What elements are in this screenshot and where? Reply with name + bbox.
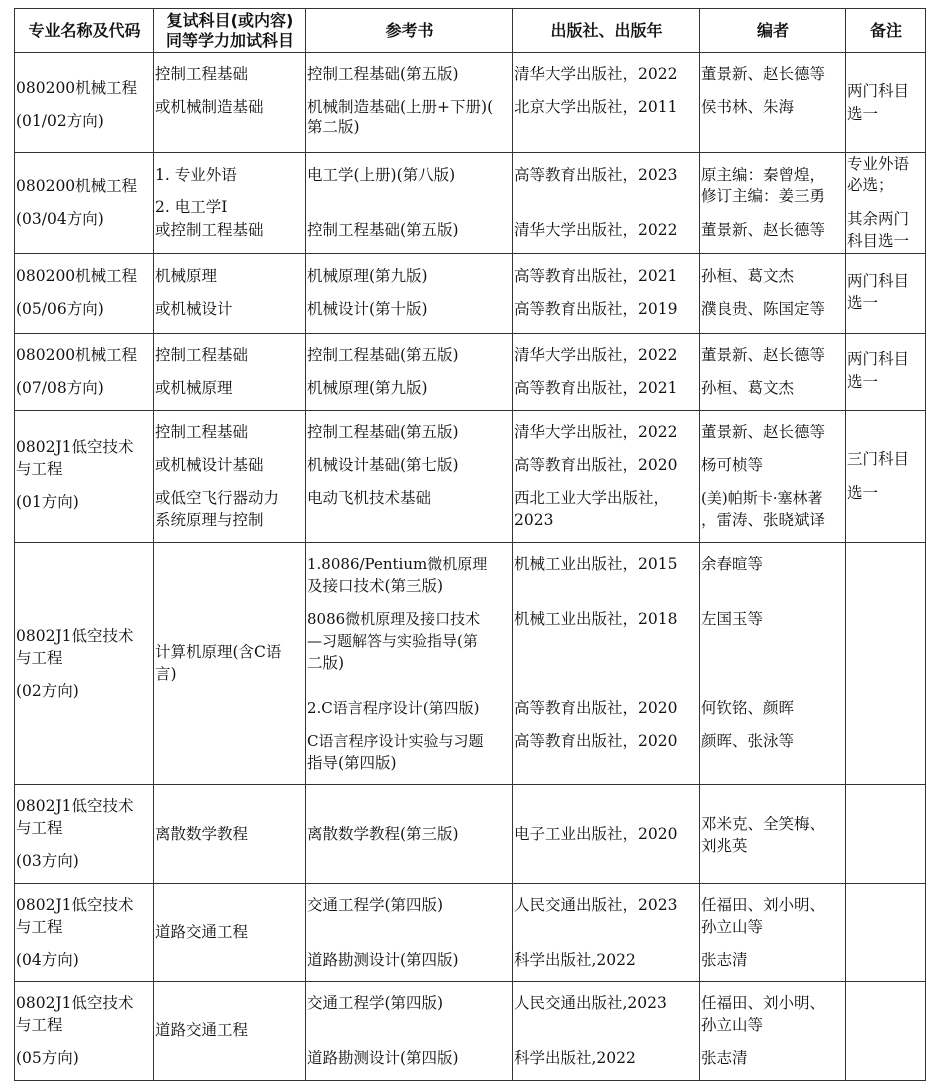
author: 任福田、刘小明、	[701, 894, 845, 916]
book: —习题解答与实验指导(第	[307, 630, 512, 652]
major-name: 0802J1低空技术	[16, 992, 153, 1014]
publisher-cell: 清华大学出版社，2022 高等教育出版社，2020 西北工业大学出版社， 202…	[513, 411, 700, 543]
subjects-cell: 机械原理 或机械设计	[154, 254, 306, 334]
book: 机械设计基础(第七版)	[307, 454, 512, 476]
subjects-cell: 控制工程基础 或机械制造基础	[154, 53, 306, 153]
major-direction: (05/06方向)	[16, 298, 153, 320]
publisher: 清华大学出版社，2022	[514, 219, 699, 241]
header-row: 专业名称及代码 复试科目(或内容) 同等学力加试科目 参考书 出版社、出版年 编…	[15, 9, 926, 53]
authors-cell: 任福田、刘小明、 孙立山等 张志清	[700, 982, 846, 1081]
publisher: 高等教育出版社，2023	[514, 164, 699, 186]
publisher: 清华大学出版社，2022	[514, 421, 699, 443]
book: 8086微机原理及接口技术	[307, 608, 512, 630]
table-row: 080200机械工程 (05/06方向) 机械原理 或机械设计 机械原理(第九版…	[15, 254, 926, 334]
major-name-cont: 与工程	[16, 817, 153, 839]
note: 专业外语	[847, 153, 925, 175]
header-subjects-line1: 复试科目(或内容)	[155, 11, 305, 31]
publisher: 清华大学出版社，2022	[514, 63, 699, 85]
publisher: 机械工业出版社，2015	[514, 553, 699, 575]
note: 选一	[847, 292, 925, 314]
book: 电动飞机技术基础	[307, 487, 512, 509]
author: 孙立山等	[701, 916, 845, 938]
author: 侯书林、朱海	[701, 96, 845, 118]
header-authors: 编者	[700, 9, 846, 53]
books-cell: 控制工程基础(第五版) 机械制造基础(上册+下册)( 第二版)	[306, 53, 513, 153]
subject: 或机械制造基础	[155, 96, 305, 118]
subject: 控制工程基础	[155, 344, 305, 366]
major-cell: 0802J1低空技术 与工程 (02方向)	[15, 543, 154, 785]
publisher: 清华大学出版社，2022	[514, 344, 699, 366]
publisher: 高等教育出版社，2020	[514, 697, 699, 719]
author: 孙桓、葛文杰	[701, 377, 845, 399]
book: 交通工程学(第四版)	[307, 894, 512, 916]
publisher-cell: 清华大学出版社，2022 高等教育出版社，2021	[513, 334, 700, 411]
author: 修订主编：姜三勇	[701, 185, 845, 207]
subject: 道路交通工程	[155, 1019, 305, 1041]
note: 选一	[847, 103, 925, 125]
subject: 或机械设计基础	[155, 454, 305, 476]
note-cell	[846, 982, 926, 1081]
books-cell: 1.8086/Pentium微机原理 及接口技术(第三版) 8086微机原理及接…	[306, 543, 513, 785]
author: 董景新、赵长德等	[701, 219, 845, 241]
books-cell: 控制工程基础(第五版) 机械原理(第九版)	[306, 334, 513, 411]
subjects-cell: 道路交通工程	[154, 884, 306, 982]
major-name: 080200机械工程	[16, 77, 153, 99]
major-direction: (01/02方向)	[16, 110, 153, 132]
note: 必选；	[847, 174, 925, 196]
table-row: 0802J1低空技术 与工程 (05方向) 道路交通工程 交通工程学(第四版) …	[15, 982, 926, 1081]
header-major: 专业名称及代码	[15, 9, 154, 53]
authors-cell: 任福田、刘小明、 孙立山等 张志清	[700, 884, 846, 982]
major-name-cont: 与工程	[16, 458, 153, 480]
major-cell: 0802J1低空技术 与工程 (05方向)	[15, 982, 154, 1081]
author: ，雷涛、张晓斌译	[701, 509, 845, 531]
books-cell: 交通工程学(第四版) 道路勘测设计(第四版)	[306, 982, 513, 1081]
major-cell: 0802J1低空技术 与工程 (04方向)	[15, 884, 154, 982]
author: 杨可桢等	[701, 454, 845, 476]
subject: 或机械设计	[155, 298, 305, 320]
book: 离散数学教程(第三版)	[307, 823, 512, 845]
books-cell: 交通工程学(第四版) 道路勘测设计(第四版)	[306, 884, 513, 982]
subject: 机械原理	[155, 265, 305, 287]
author: 董景新、赵长德等	[701, 344, 845, 366]
note: 两门科目	[847, 348, 925, 370]
subjects-cell: 道路交通工程	[154, 982, 306, 1081]
table-row: 0802J1低空技术 与工程 (03方向) 离散数学教程 离散数学教程(第三版)…	[15, 785, 926, 884]
subjects-cell: 控制工程基础 或机械原理	[154, 334, 306, 411]
author: 左国玉等	[701, 608, 845, 630]
subject: 离散数学教程	[155, 823, 305, 845]
book: 1.8086/Pentium微机原理	[307, 553, 512, 575]
author: 张志清	[701, 1047, 845, 1069]
header-subjects-line2: 同等学力加试科目	[155, 31, 305, 51]
header-note: 备注	[846, 9, 926, 53]
subject: 或机械原理	[155, 377, 305, 399]
note-cell: 两门科目 选一	[846, 53, 926, 153]
publisher: 西北工业大学出版社，	[514, 487, 699, 509]
books-cell: 机械原理(第九版) 机械设计(第十版)	[306, 254, 513, 334]
note-cell: 专业外语 必选； 其余两门 科目选一	[846, 153, 926, 254]
publisher: 科学出版社,2022	[514, 1047, 699, 1069]
author: 任福田、刘小明、	[701, 992, 845, 1014]
publisher: 高等教育出版社，2020	[514, 454, 699, 476]
major-cell: 0802J1低空技术 与工程 (01方向)	[15, 411, 154, 543]
authors-cell: 原主编：秦曾煌， 修订主编：姜三勇 董景新、赵长德等	[700, 153, 846, 254]
major-direction: (01方向)	[16, 491, 153, 513]
book: 控制工程基础(第五版)	[307, 219, 512, 241]
publisher-cell: 电子工业出版社，2020	[513, 785, 700, 884]
book: 道路勘测设计(第四版)	[307, 1047, 512, 1069]
table-row: 080200机械工程 (07/08方向) 控制工程基础 或机械原理 控制工程基础…	[15, 334, 926, 411]
major-direction: (07/08方向)	[16, 377, 153, 399]
note-cell: 两门科目 选一	[846, 334, 926, 411]
note-cell: 两门科目 选一	[846, 254, 926, 334]
publisher: 北京大学出版社，2011	[514, 96, 699, 118]
author: 孙立山等	[701, 1014, 845, 1036]
book: 交通工程学(第四版)	[307, 992, 512, 1014]
author: 张志清	[701, 949, 845, 971]
authors-cell: 董景新、赵长德等 侯书林、朱海	[700, 53, 846, 153]
authors-cell: 邓米克、全笑梅、 刘兆英	[700, 785, 846, 884]
major-name: 080200机械工程	[16, 344, 153, 366]
publisher-cell: 高等教育出版社，2021 高等教育出版社，2019	[513, 254, 700, 334]
table-row: 080200机械工程 (01/02方向) 控制工程基础 或机械制造基础 控制工程…	[15, 53, 926, 153]
author: 董景新、赵长德等	[701, 421, 845, 443]
publisher: 机械工业出版社，2018	[514, 608, 699, 630]
table-row: 0802J1低空技术 与工程 (04方向) 道路交通工程 交通工程学(第四版) …	[15, 884, 926, 982]
publisher: 高等教育出版社，2021	[514, 265, 699, 287]
subjects-cell: 控制工程基础 或机械设计基础 或低空飞行器动力 系统原理与控制	[154, 411, 306, 543]
subject: 控制工程基础	[155, 421, 305, 443]
author: 何钦铭、颜晖	[701, 697, 845, 719]
subjects-cell: 计算机原理(含C语 言)	[154, 543, 306, 785]
book: 控制工程基础(第五版)	[307, 63, 512, 85]
book: 机械制造基础(上册+下册)(	[307, 96, 512, 118]
author: 颜晖、张泳等	[701, 730, 845, 752]
major-direction: (04方向)	[16, 949, 153, 971]
header-publisher: 出版社、出版年	[513, 9, 700, 53]
note: 其余两门	[847, 208, 925, 230]
major-direction: (05方向)	[16, 1047, 153, 1069]
note-cell	[846, 543, 926, 785]
book: 机械设计(第十版)	[307, 298, 512, 320]
book: 指导(第四版)	[307, 752, 512, 774]
subject: 言)	[155, 663, 305, 685]
major-name-cont: 与工程	[16, 1014, 153, 1036]
major-cell: 080200机械工程 (07/08方向)	[15, 334, 154, 411]
note: 两门科目	[847, 80, 925, 102]
authors-cell: 董景新、赵长德等 杨可桢等 (美)帕斯卡·塞林著 ，雷涛、张晓斌译	[700, 411, 846, 543]
book: 道路勘测设计(第四版)	[307, 949, 512, 971]
authors-cell: 孙桓、葛文杰 濮良贵、陈国定等	[700, 254, 846, 334]
authors-cell: 董景新、赵长德等 孙桓、葛文杰	[700, 334, 846, 411]
book: 机械原理(第九版)	[307, 265, 512, 287]
note-cell	[846, 884, 926, 982]
publisher: 科学出版社,2022	[514, 949, 699, 971]
major-name: 080200机械工程	[16, 265, 153, 287]
subjects-cell: 1. 专业外语 2. 电工学I 或控制工程基础	[154, 153, 306, 254]
publisher: 电子工业出版社，2020	[514, 823, 699, 845]
major-name-cont: 与工程	[16, 916, 153, 938]
note: 科目选一	[847, 230, 925, 252]
author: 董景新、赵长德等	[701, 63, 845, 85]
author: 邓米克、全笑梅、	[701, 813, 845, 835]
major-direction: (02方向)	[16, 680, 153, 702]
note-cell	[846, 785, 926, 884]
publisher: 高等教育出版社，2019	[514, 298, 699, 320]
subject: 或控制工程基础	[155, 219, 305, 241]
book: 2.C语言程序设计(第四版)	[307, 697, 512, 719]
book: 及接口技术(第三版)	[307, 575, 512, 597]
subject: 控制工程基础	[155, 63, 305, 85]
subjects-cell: 离散数学教程	[154, 785, 306, 884]
table-row: 080200机械工程 (03/04方向) 1. 专业外语 2. 电工学I 或控制…	[15, 153, 926, 254]
note: 选一	[847, 482, 925, 504]
reference-books-table: 专业名称及代码 复试科目(或内容) 同等学力加试科目 参考书 出版社、出版年 编…	[14, 8, 926, 1081]
major-name: 080200机械工程	[16, 175, 153, 197]
book: 二版)	[307, 652, 512, 674]
table-row: 0802J1低空技术 与工程 (01方向) 控制工程基础 或机械设计基础 或低空…	[15, 411, 926, 543]
publisher: 2023	[514, 509, 699, 531]
author: 余春暄等	[701, 553, 845, 575]
major-name: 0802J1低空技术	[16, 436, 153, 458]
subject: 2. 电工学I	[155, 196, 305, 218]
header-books: 参考书	[306, 9, 513, 53]
note: 选一	[847, 371, 925, 393]
header-subjects: 复试科目(或内容) 同等学力加试科目	[154, 9, 306, 53]
publisher-cell: 机械工业出版社，2015 机械工业出版社，2018 高等教育出版社，2020 高…	[513, 543, 700, 785]
author: 濮良贵、陈国定等	[701, 298, 845, 320]
book: 第二版)	[307, 116, 512, 138]
book: 电工学(上册)(第八版)	[307, 164, 512, 186]
publisher: 人民交通出版社,2023	[514, 992, 699, 1014]
major-cell: 080200机械工程 (05/06方向)	[15, 254, 154, 334]
subject: 或低空飞行器动力	[155, 487, 305, 509]
note-cell: 三门科目 选一	[846, 411, 926, 543]
table-row: 0802J1低空技术 与工程 (02方向) 计算机原理(含C语 言) 1.808…	[15, 543, 926, 785]
subject: 系统原理与控制	[155, 509, 305, 531]
author: 孙桓、葛文杰	[701, 265, 845, 287]
major-direction: (03方向)	[16, 850, 153, 872]
subject: 计算机原理(含C语	[155, 641, 305, 663]
book: 机械原理(第九版)	[307, 377, 512, 399]
authors-cell: 余春暄等 左国玉等 何钦铭、颜晖 颜晖、张泳等	[700, 543, 846, 785]
major-name: 0802J1低空技术	[16, 795, 153, 817]
major-cell: 080200机械工程 (03/04方向)	[15, 153, 154, 254]
publisher-cell: 人民交通出版社，2023 科学出版社,2022	[513, 884, 700, 982]
publisher-cell: 高等教育出版社，2023 清华大学出版社，2022	[513, 153, 700, 254]
major-cell: 080200机械工程 (01/02方向)	[15, 53, 154, 153]
major-direction: (03/04方向)	[16, 208, 153, 230]
major-cell: 0802J1低空技术 与工程 (03方向)	[15, 785, 154, 884]
note: 三门科目	[847, 448, 925, 470]
publisher: 人民交通出版社，2023	[514, 894, 699, 916]
author: 原主编：秦曾煌，	[701, 164, 845, 186]
publisher-cell: 清华大学出版社，2022 北京大学出版社，2011	[513, 53, 700, 153]
author: 刘兆英	[701, 835, 845, 857]
major-name: 0802J1低空技术	[16, 625, 153, 647]
subject: 道路交通工程	[155, 921, 305, 943]
publisher-cell: 人民交通出版社,2023 科学出版社,2022	[513, 982, 700, 1081]
author: (美)帕斯卡·塞林著	[701, 487, 845, 509]
publisher: 高等教育出版社，2020	[514, 730, 699, 752]
note: 两门科目	[847, 270, 925, 292]
major-name: 0802J1低空技术	[16, 894, 153, 916]
books-cell: 电工学(上册)(第八版) 控制工程基础(第五版)	[306, 153, 513, 254]
book: C语言程序设计实验与习题	[307, 730, 512, 752]
book: 控制工程基础(第五版)	[307, 344, 512, 366]
books-cell: 离散数学教程(第三版)	[306, 785, 513, 884]
publisher: 高等教育出版社，2021	[514, 377, 699, 399]
major-name-cont: 与工程	[16, 647, 153, 669]
subject: 1. 专业外语	[155, 164, 305, 186]
books-cell: 控制工程基础(第五版) 机械设计基础(第七版) 电动飞机技术基础	[306, 411, 513, 543]
book: 控制工程基础(第五版)	[307, 421, 512, 443]
